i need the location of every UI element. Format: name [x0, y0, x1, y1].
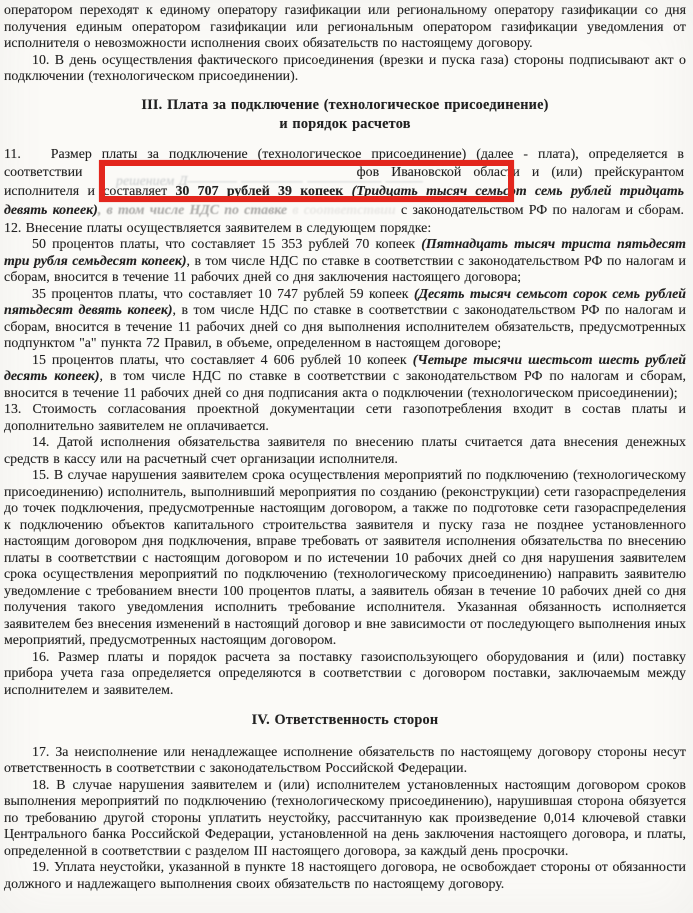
clause-10: 10. В день осуществления фактического пр… — [4, 53, 686, 86]
contract-scan-page: оператором переходят к единому оператору… — [0, 0, 693, 913]
clause-11-line2-left: соответствии — [4, 165, 83, 180]
section-heading-iii: III. Плата за подключение (технологическ… — [44, 96, 646, 135]
clause-11: 11. Размер платы за подключение (техноло… — [4, 147, 686, 221]
highlight-box — [99, 160, 514, 202]
clause-19: 19. Уплата неустойки, указанной в пункте… — [4, 860, 686, 893]
whiteout-faded-text: в соответствии — [287, 203, 401, 218]
clause-17: 17. За неисполнение или ненадлежащее исп… — [4, 745, 686, 778]
section-iii-title-line2: и порядок расчетов — [44, 115, 646, 135]
clause-11-line3-pre: исполнителя — [4, 184, 79, 199]
clause-11-line4-tail: с законодательством РФ по налогам и сбор… — [401, 203, 684, 218]
clause-14: 14. Датой исполнения обязательства заяви… — [4, 435, 686, 468]
clause-12-item-35pct: 35 процентов платы, что составляет 10 74… — [4, 287, 686, 353]
clause-18: 18. В случае нарушения заявителем и (или… — [4, 778, 686, 861]
section-heading-iv: IV. Ответственность сторон — [4, 711, 686, 731]
item-15pct-text: 15 процентов платы, что составляет 4 606… — [32, 353, 413, 368]
item-50pct-text: 50 процентов платы, что составляет 15 35… — [32, 237, 421, 252]
clause-12-item-15pct: 15 процентов платы, что составляет 4 606… — [4, 353, 686, 403]
payment-amount-words-tail: девять копеек) — [4, 203, 98, 218]
clause-12: 12. Внесение платы осуществляется заявит… — [4, 221, 686, 238]
clause-15: 15. В случае нарушения заявителем срока … — [4, 468, 686, 650]
item-35pct-text: 35 процентов платы, что составляет 10 74… — [32, 287, 414, 302]
section-iii-title-line1: III. Плата за подключение (технологическ… — [44, 96, 646, 116]
paragraph-continuation: оператором переходят к единому оператору… — [4, 3, 686, 53]
clause-16: 16. Размер платы и порядок расчета за по… — [4, 650, 686, 700]
clause-12-item-50pct: 50 процентов платы, что составляет 15 35… — [4, 237, 686, 287]
clause-11-line4: девять копеек), в том числе НДС по ставк… — [4, 203, 684, 220]
faded-vat-text: , в том числе НДС по ставке — [98, 203, 287, 218]
item-15pct-tail: , в том числе НДС по ставке в соответств… — [4, 369, 686, 401]
clause-13: 13. Стоимость согласования проектной док… — [4, 402, 686, 435]
